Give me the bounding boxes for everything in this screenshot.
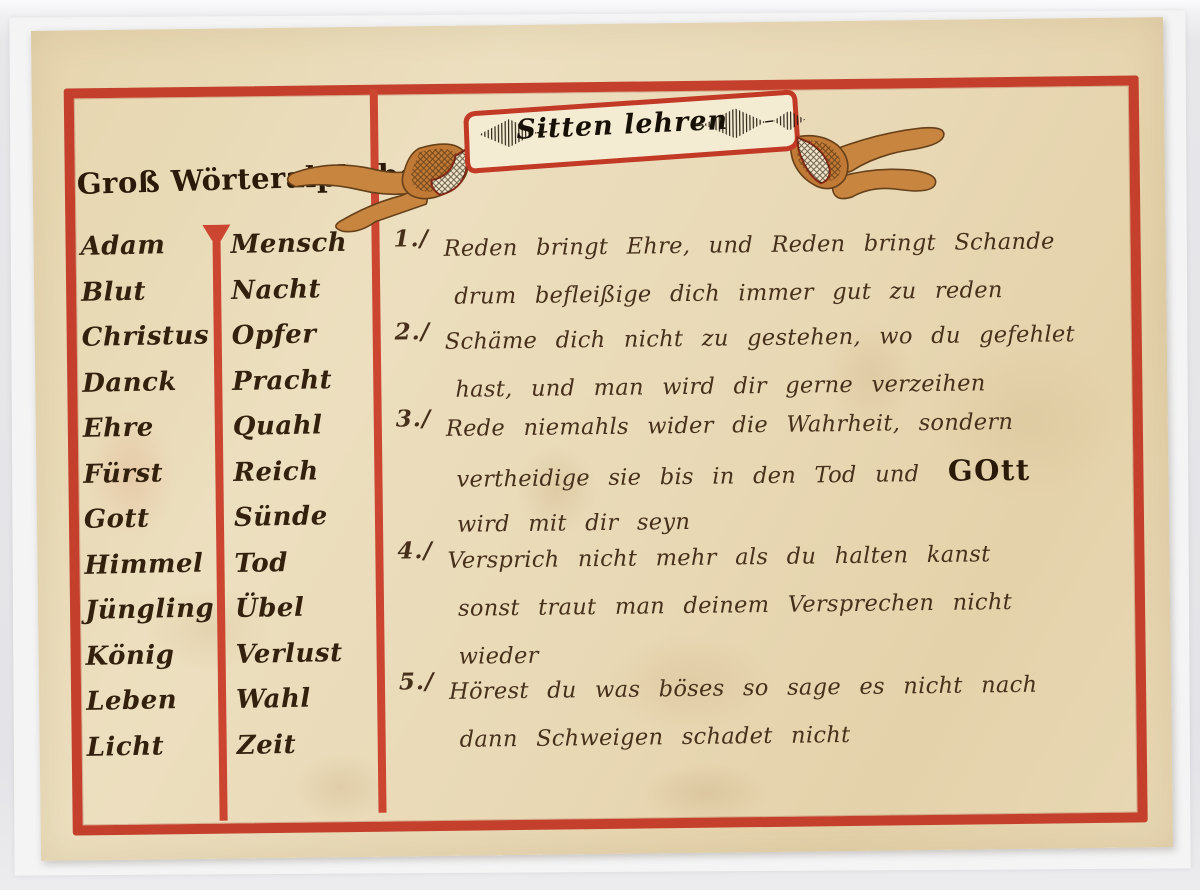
word-item: Opfer (231, 311, 382, 359)
word-column-b: Mensch Nacht Opfer Pracht Quahl Reich Sü… (230, 221, 387, 769)
lesson-number: 5./ (399, 668, 435, 695)
word-item: Danck (82, 358, 233, 406)
word-item: Tod (234, 539, 385, 587)
lesson-line: Rede niemahls wider die Wahrheit, sonder… (394, 397, 1119, 454)
word-item: Leben (86, 677, 237, 725)
word-item: Pracht (232, 357, 383, 405)
lesson-line: vertheidige sie bis in den Tod und GOtt (394, 445, 1119, 502)
word-item: Übel (235, 584, 386, 632)
word-item: König (85, 631, 236, 679)
lesson-item-5: 5./ Hörest du was böses so sage es nicht… (397, 660, 1122, 765)
word-item: Himmel (84, 540, 235, 588)
lesson-item-4: 4./ Versprich nicht mehr als du halten k… (395, 529, 1121, 682)
word-column-a: Adam Blut Christus Danck Ehre Fürst Gott… (80, 223, 237, 771)
lesson-line: Schäme dich nicht zu gestehen, wo du gef… (393, 310, 1118, 367)
word-item: Blut (81, 268, 232, 316)
lesson-number: 2./ (395, 318, 431, 345)
word-item: Reich (233, 448, 384, 496)
lesson-number: 4./ (397, 537, 433, 564)
word-item: Zeit (236, 721, 387, 769)
lesson-line-text: vertheidige sie bis in den Tod und (456, 461, 919, 493)
word-item: Verlust (235, 630, 386, 678)
word-item: Licht (86, 722, 237, 770)
word-item: Nacht (231, 266, 382, 314)
lesson-line: Versprich nicht mehr als du halten kanst (395, 529, 1120, 586)
word-item: Wahl (236, 675, 387, 723)
lesson-line: Hörest du was böses so sage es nicht nac… (397, 660, 1122, 717)
word-item: Christus (81, 313, 232, 361)
lesson-line: sonst traut man deinem Versprechen nicht (396, 577, 1121, 634)
lesson-item-3: 3./ Rede niemahls wider die Wahrheit, so… (394, 397, 1120, 550)
lesson-number: 3./ (396, 405, 432, 432)
word-item: Jüngling (85, 586, 236, 634)
manuscript-page: Groß Wörteralphabet Adam Blut Christus D… (31, 17, 1173, 861)
title-banner: Sitten lehren (279, 83, 971, 251)
gott-emphasis-word: GOtt (948, 453, 1031, 488)
word-item: Gott (84, 495, 235, 543)
word-item: Ehre (82, 404, 233, 452)
word-item: Quahl (232, 402, 383, 450)
word-item: Fürst (83, 449, 234, 497)
word-item: Sünde (234, 493, 385, 541)
lesson-line: dann Schweigen schadet nicht (397, 708, 1122, 765)
word-item: Adam (80, 222, 231, 270)
